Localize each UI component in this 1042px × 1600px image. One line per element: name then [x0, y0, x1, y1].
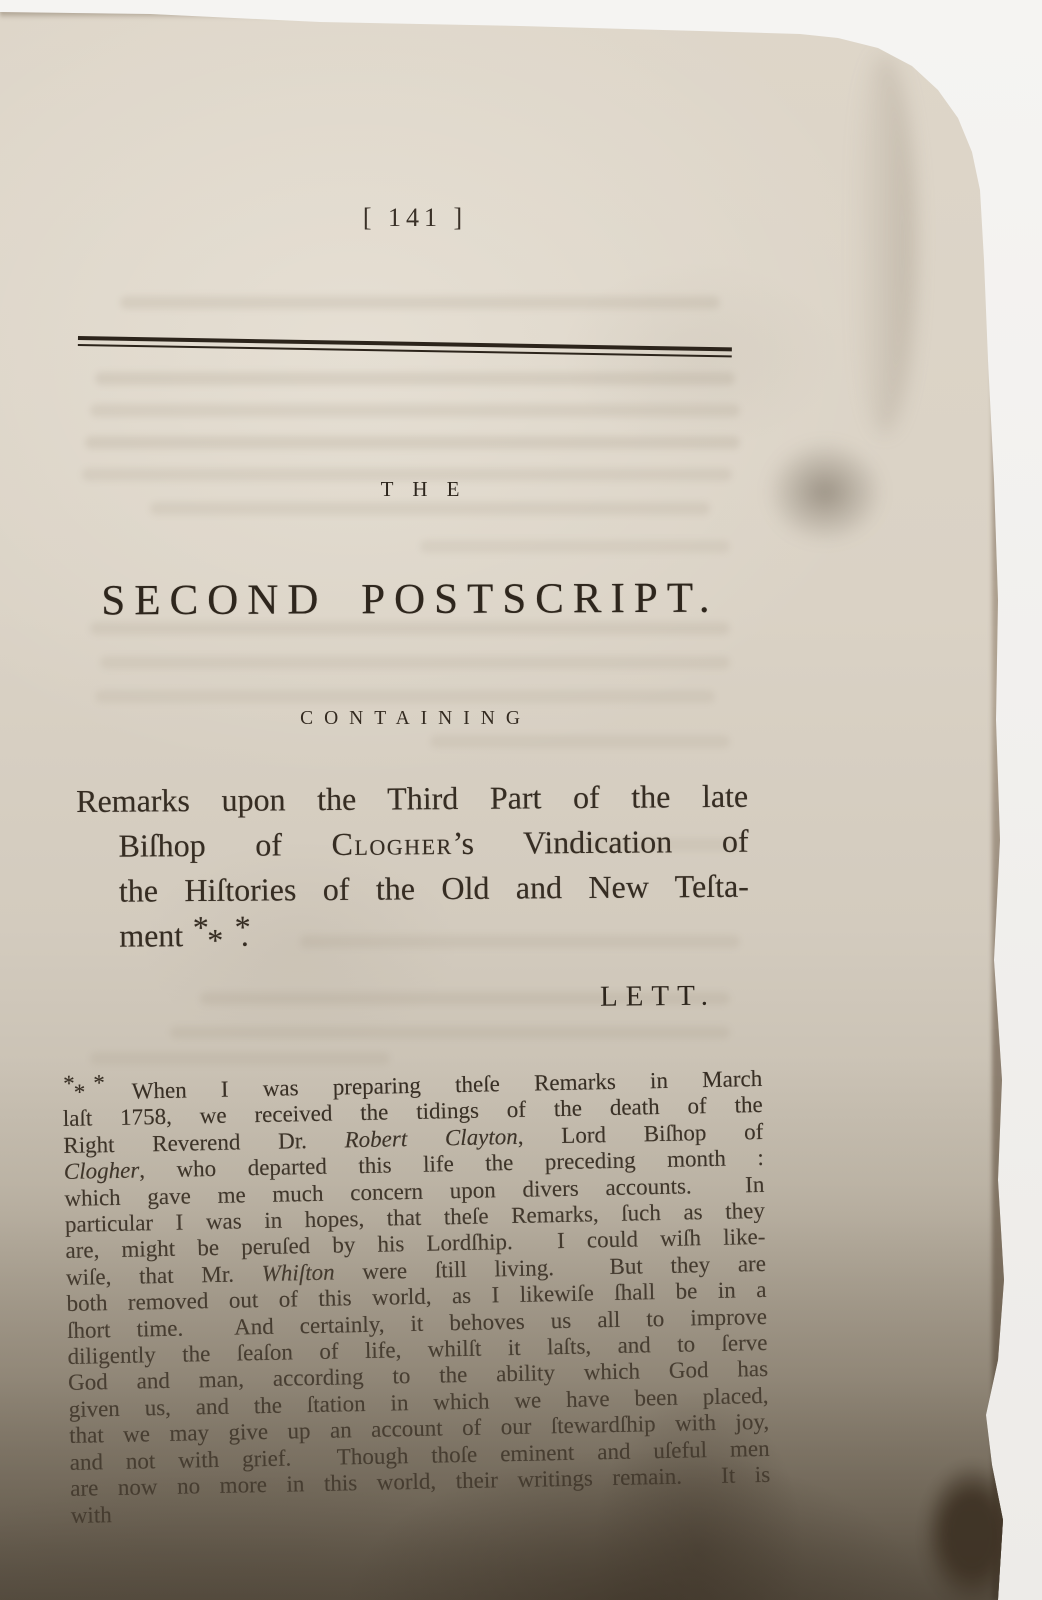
subtitle-line: the Hiſtories of the Old and New Teſta- — [77, 864, 749, 914]
double-rule-lower-line — [78, 344, 732, 357]
double-rule — [78, 336, 732, 357]
text-segment: Remarks upon the Third Part of the late — [76, 778, 748, 819]
page-number: [ 141 ] — [330, 203, 500, 233]
subtitle-line: ment * **. — [77, 909, 749, 959]
asterisk-glyph: * — [74, 1080, 86, 1107]
asterisk-glyph: * * — [193, 905, 260, 951]
scanner-background: [ 141 ] THE SECOND POSTSCRIPT. CONTAININ… — [0, 0, 1042, 1600]
text-segment: ment — [119, 917, 191, 954]
section-title: SECOND POSTSCRIPT. — [58, 573, 762, 625]
subtitle-line: Biſhop of Clogher’s Vindication of — [76, 819, 748, 869]
half-title-the: THE — [330, 477, 510, 502]
body-paragraph: * ** When I was preparing theſe Remarks … — [62, 1063, 770, 1502]
text-segment: wiſe, that Mr. — [66, 1261, 262, 1290]
italic-text: Robert Clayton — [344, 1124, 518, 1152]
signature-catchword: LETT. — [600, 979, 750, 1014]
asterisk-glyph: * — [207, 918, 223, 963]
asterisk-glyph: * * — [63, 1070, 112, 1097]
printed-content: [ 141 ] THE SECOND POSTSCRIPT. CONTAININ… — [0, 0, 1012, 1600]
asterism-mark: * ** — [62, 1076, 98, 1100]
body-paragraph-wrap: * ** When I was preparing theſe Remarks … — [62, 1063, 771, 1529]
text-segment: Right Reverend Dr. — [63, 1127, 345, 1158]
corner-stain — [922, 1462, 1022, 1600]
smallcaps-text: Clogher — [331, 825, 452, 862]
book-page: [ 141 ] THE SECOND POSTSCRIPT. CONTAININ… — [0, 0, 1012, 1600]
asterism-mark: * ** — [191, 914, 241, 946]
text-segment: Biſhop of — [118, 826, 331, 864]
containing-label: CONTAINING — [280, 708, 540, 730]
italic-text: Clogher — [64, 1158, 140, 1185]
text-segment: , Lord Biſhop of — [517, 1119, 763, 1149]
text-segment: the Hiſtories of the Old and New Teſta- — [119, 868, 749, 909]
italic-text: Whiſton — [261, 1259, 334, 1285]
subtitle-line: Remarks upon the Third Part of the late — [76, 774, 748, 824]
subtitle-block: Remarks upon the Third Part of the lateB… — [76, 774, 749, 959]
text-segment: ’s Vindication of — [453, 823, 749, 861]
